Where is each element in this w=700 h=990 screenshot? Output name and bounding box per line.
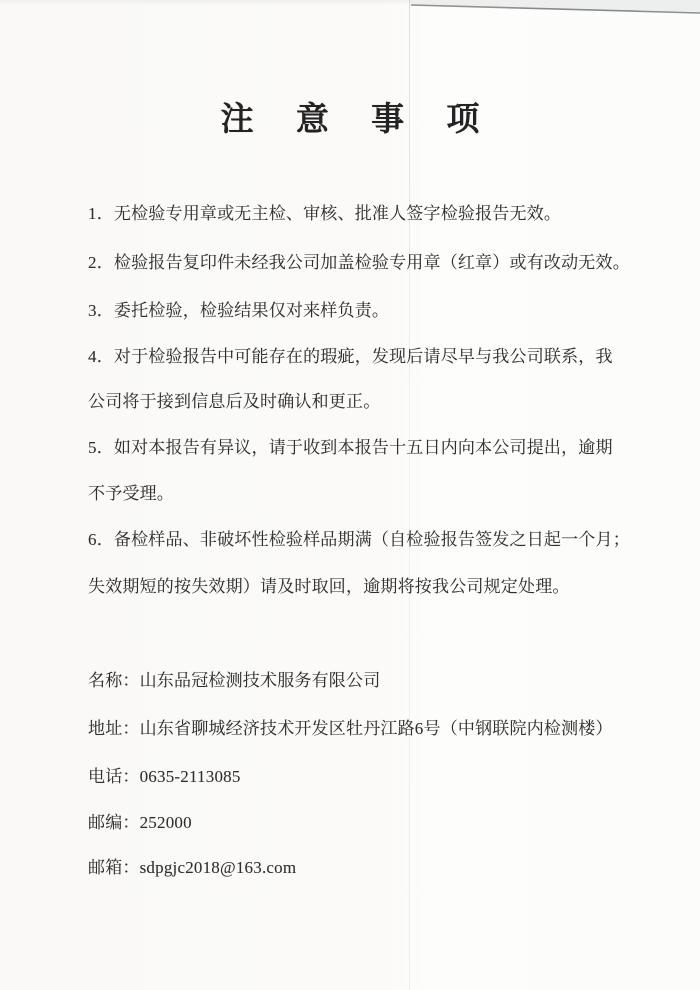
contact-name-line: 名称：山东品冠检测技术服务有限公司 <box>88 670 648 691</box>
contact-address-label: 地址： <box>88 719 140 738</box>
note-1-line-1: 1．无检验专用章或无主检、审核、批准人签字检验报告无效。 <box>88 203 648 224</box>
note-4-line-2: 公司将于接到信息后及时确认和更正。 <box>88 391 648 412</box>
contact-email-label: 邮箱： <box>88 858 140 877</box>
contact-email-value: sdpgjc2018@163.com <box>140 858 297 877</box>
note-5-line-2: 不予受理。 <box>88 483 648 504</box>
note-5-line-1: 5．如对本报告有异议，请于收到本报告十五日内向本公司提出，逾期 <box>88 437 648 458</box>
scan-paper-edge-artifact <box>0 0 700 22</box>
contact-postcode-label: 邮编： <box>88 813 140 832</box>
contact-postcode-value: 252000 <box>140 813 192 832</box>
contact-email-line: 邮箱：sdpgjc2018@163.com <box>88 857 648 878</box>
note-6-line-1: 6．备检样品、非破坏性检验样品期满（自检验报告签发之日起一个月； <box>88 529 648 550</box>
contact-address-line: 地址：山东省聊城经济技术开发区牡丹江路6号（中钢联院内检测楼） <box>88 718 648 739</box>
contact-name-label: 名称： <box>88 671 140 690</box>
contact-postcode-line: 邮编：252000 <box>88 812 648 833</box>
note-2-line-1: 2．检验报告复印件未经我公司加盖检验专用章（红章）或有改动无效。 <box>88 252 648 273</box>
contact-address-value: 山东省聊城经济技术开发区牡丹江路6号（中钢联院内检测楼） <box>140 719 613 738</box>
contact-phone-label: 电话： <box>88 767 140 786</box>
scan-top-edge-shade <box>0 0 700 5</box>
note-3-line-1: 3．委托检验，检验结果仅对来样负责。 <box>88 300 648 321</box>
note-4-line-1: 4．对于检验报告中可能存在的瑕疵，发现后请尽早与我公司联系，我 <box>88 346 648 367</box>
page-title: 注 意 事 项 <box>0 101 700 139</box>
contact-phone-line: 电话：0635-2113085 <box>88 766 648 787</box>
contact-name-value: 山东品冠检测技术服务有限公司 <box>140 671 381 690</box>
scanned-document-page: 注 意 事 项 1．无检验专用章或无主检、审核、批准人签字检验报告无效。 2．检… <box>0 0 700 990</box>
note-6-line-2: 失效期短的按失效期）请及时取回，逾期将按我公司规定处理。 <box>88 576 648 597</box>
contact-phone-value: 0635-2113085 <box>140 767 241 786</box>
